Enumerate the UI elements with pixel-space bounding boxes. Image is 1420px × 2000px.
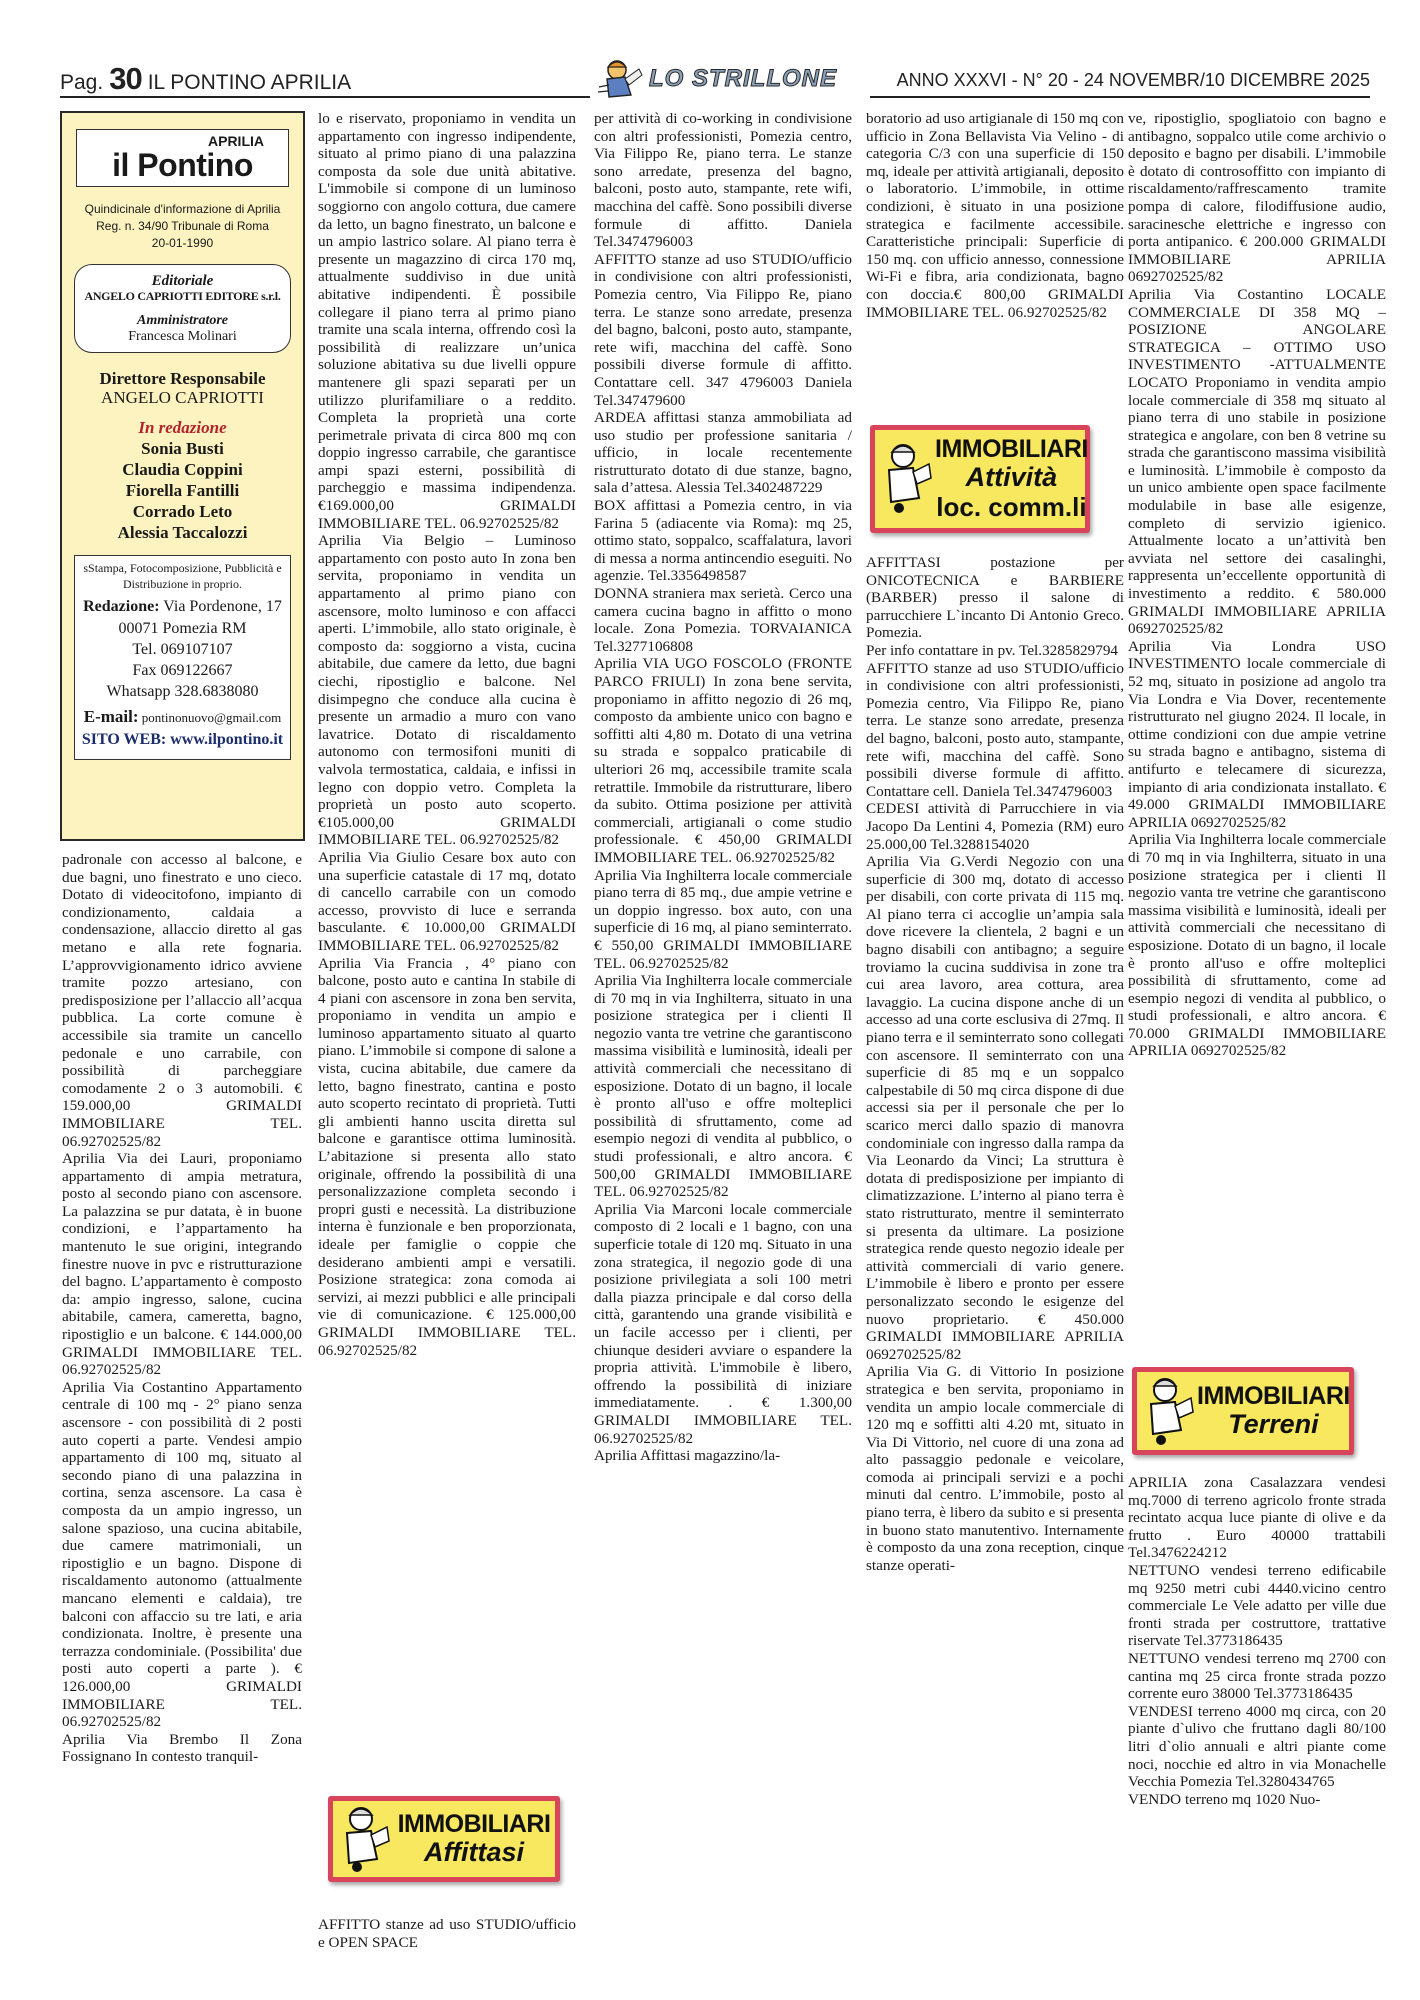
classified-ad: Aprilia Via Belgio – Luminoso appartamen… [318, 532, 576, 849]
classified-ad: Aprilia Via dei Lauri, proponiamo appart… [62, 1150, 302, 1379]
tel-line: Tel. 069107107 [77, 639, 288, 660]
classified-ad: boratorio ad uso artigianale di 150 mq c… [866, 110, 1124, 321]
redazione-label: In redazione [62, 418, 303, 438]
staff-member: Corrado Leto [62, 501, 303, 522]
stampa-note: sStampa, Fotocomposizione, Pubblicità e … [77, 560, 288, 592]
masthead-city: APRILIA [83, 134, 264, 148]
classified-ad: APRILIA zona Casalazzara vendesi mq.7000… [1128, 1474, 1386, 1562]
contact-box: sStampa, Fotocomposizione, Pubblicità e … [74, 555, 291, 760]
editoriale-label: Editoriale [79, 273, 286, 289]
newsboy-mascot-icon [333, 1801, 393, 1877]
page-number: 30 [109, 61, 141, 96]
classified-ad: Aprilia Via G.Verdi Negozio con una supe… [866, 853, 1124, 1363]
direttore-label: Direttore Responsabile [62, 369, 303, 388]
classified-ad: ve, ripostiglio, spogliatoio con bagno e… [1128, 110, 1386, 286]
classified-ad: Aprilia Via Brembo Il Zona Fossignano In… [62, 1731, 302, 1766]
masthead-box: APRILIA il Pontino Quindicinale d'inform… [60, 111, 305, 841]
classified-ad: Aprilia Via Francia , 4° piano con balco… [318, 955, 576, 1360]
classified-ad: BOX affittasi a Pomezia centro, in via F… [594, 497, 852, 585]
banner-main-label: IMMOBILIARI [1197, 1383, 1350, 1409]
email-link[interactable]: pontinonuovo@gmail.com [142, 710, 281, 725]
column-2-continued: AFFITTO stanze ad uso STUDIO/ufficio e O… [318, 1916, 576, 1951]
classified-ad: Per info contattare in pv. Tel.328582979… [866, 642, 1124, 660]
banner-main-label: IMMOBILIARI [935, 436, 1088, 462]
column-4-continued: AFFITTASI postazione per ONICOTECNICA e … [866, 554, 1124, 1574]
newsboy-mascot-icon [595, 57, 645, 101]
classified-ad: AFFITTASI postazione per ONICOTECNICA e … [866, 554, 1124, 642]
newsboy-mascot-icon [875, 430, 935, 528]
classified-ad: VENDO terreno mq 1020 Nuo- [1128, 1791, 1386, 1809]
classified-ad: Aprilia Via Costantino Appartamento cent… [62, 1379, 302, 1731]
redazione-address-value: Via Pordenone, 17 [163, 598, 282, 615]
classified-ad: Aprilia Via Londra USO INVESTIMENTO loca… [1128, 638, 1386, 832]
editoriale-name: ANGELO CAPRIOTTI EDITORE s.r.l. [79, 289, 286, 303]
classified-ad: Aprilia Via Costantino LOCALE COMMERCIAL… [1128, 286, 1386, 638]
publisher-box: Editoriale ANGELO CAPRIOTTI EDITORE s.r.… [74, 264, 291, 353]
masthead-title: il Pontino [83, 148, 282, 182]
city-line: 00071 Pomezia RM [77, 618, 288, 639]
classified-ad: ARDEA affittasi stanza ammobiliata ad us… [594, 409, 852, 497]
classified-ad: NETTUNO vendesi terreno mq 2700 con cant… [1128, 1650, 1386, 1703]
masthead-registration: Quindicinale d'informazione di Aprilia R… [62, 201, 303, 252]
publication-name: IL PONTINO APRILIA [148, 71, 351, 94]
classified-ad: NETTUNO vendesi terreno edificabile mq 9… [1128, 1562, 1386, 1650]
classified-ad: Aprilia Via Marconi locale commerciale c… [594, 1201, 852, 1447]
email-line: E-mail: pontinonuovo@gmail.com [77, 706, 288, 729]
banner-main-label: IMMOBILIARI [393, 1811, 555, 1837]
classified-ad: Aprilia Via Inghilterra locale commercia… [594, 867, 852, 973]
column-5-continued: APRILIA zona Casalazzara vendesi mq.7000… [1128, 1474, 1386, 1808]
classified-ad: Aprilia VIA UGO FOSCOLO (FRONTE PARCO FR… [594, 655, 852, 866]
masthead-info-line: Reg. n. 34/90 Tribunale di Roma [62, 218, 303, 235]
pag-label: Pag. [60, 71, 103, 94]
header-rule-left [60, 96, 590, 98]
column-3: per attività di co-working in condivisio… [594, 110, 852, 1465]
column-1: padronale con accesso al balcone, e due … [62, 851, 302, 1766]
classified-ad: DONNA straniera max serietà. Cerco una c… [594, 585, 852, 655]
banner-immobiliari-terreni: IMMOBILIARI Terreni [1132, 1367, 1354, 1455]
masthead-info-line: 20-01-1990 [62, 235, 303, 252]
classified-ad: AFFITTO stanze ad uso STUDIO/ufficio in … [866, 660, 1124, 801]
email-label: E-mail: [84, 707, 139, 726]
classified-ad: per attività di co-working in condivisio… [594, 110, 852, 251]
staff-member: Sonia Busti [62, 438, 303, 459]
banner-text: IMMOBILIARI Affittasi [393, 1811, 555, 1867]
lo-strillone-logo: LO STRILLONE [595, 56, 865, 102]
fax-line: Fax 069122667 [77, 660, 288, 681]
page-header: Pag.30IL PONTINO APRILIA LO STRILLONE AN… [60, 62, 1370, 98]
banner-sub-label: Attività [935, 462, 1088, 492]
classified-ad: Aprilia Affittasi magazzino/la- [594, 1447, 852, 1465]
classified-ad: CEDESI attività di Parrucchiere in via J… [866, 800, 1124, 853]
page-folio: Pag.30IL PONTINO APRILIA [60, 62, 351, 100]
classified-ad: Aprilia Via Inghilterra locale commercia… [594, 972, 852, 1201]
banner-immobiliari-attivita: IMMOBILIARI Attività loc. comm.li [870, 425, 1090, 533]
masthead-title-box: APRILIA il Pontino [76, 129, 289, 187]
classified-ad: lo e riservato, proponiamo in vendita un… [318, 110, 576, 532]
column-2: lo e riservato, proponiamo in vendita un… [318, 110, 576, 1359]
banner-text: IMMOBILIARI Attività loc. comm.li [935, 436, 1088, 522]
amministratore-label: Amministratore [79, 313, 286, 329]
banner-sub-label: Terreni [1197, 1409, 1350, 1439]
banner-sub-label: Affittasi [393, 1837, 555, 1867]
direttore-name: ANGELO CAPRIOTTI [62, 388, 303, 408]
whatsapp-line: Whatsapp 328.6838080 [77, 681, 288, 702]
newsboy-mascot-icon [1137, 1372, 1197, 1450]
classified-ad: AFFITTO stanze ad uso STUDIO/ufficio e O… [318, 1916, 576, 1951]
staff-member: Claudia Coppini [62, 459, 303, 480]
amministratore-name: Francesca Molinari [79, 329, 286, 344]
classified-ad: Aprilia Via Inghilterra locale commercia… [1128, 831, 1386, 1060]
banner-text: IMMOBILIARI Terreni [1197, 1383, 1350, 1439]
masthead-info-line: Quindicinale d'informazione di Aprilia [62, 201, 303, 218]
staff-member: Fiorella Fantilli [62, 480, 303, 501]
banner-sub-label-2: loc. comm.li [935, 492, 1088, 522]
lo-strillone-wordmark: LO STRILLONE [649, 65, 837, 93]
classified-ad: VENDESI terreno 4000 mq circa, con 20 pi… [1128, 1703, 1386, 1791]
column-5: ve, ripostiglio, spogliatoio con bagno e… [1128, 110, 1386, 1060]
classified-ad: padronale con accesso al balcone, e due … [62, 851, 302, 1150]
banner-immobiliari-affittasi: IMMOBILIARI Affittasi [328, 1796, 560, 1882]
classified-ad: AFFITTO stanze ad uso STUDIO/ufficio in … [594, 251, 852, 409]
website-link[interactable]: SITO WEB: www.ilpontino.it [77, 729, 288, 751]
classified-ad: Aprilia Via Giulio Cesare box auto con u… [318, 849, 576, 955]
redazione-address-label: Redazione: [83, 598, 159, 615]
redazione-address: Redazione: Via Pordenone, 17 [77, 596, 288, 618]
issue-info: ANNO XXXVI - N° 20 - 24 NOVEMBR/10 DICEM… [897, 62, 1370, 98]
staff-member: Alessia Taccalozzi [62, 522, 303, 543]
classified-ad: Aprilia Via G. di Vittorio In posizione … [866, 1363, 1124, 1574]
column-4: boratorio ad uso artigianale di 150 mq c… [866, 110, 1124, 321]
